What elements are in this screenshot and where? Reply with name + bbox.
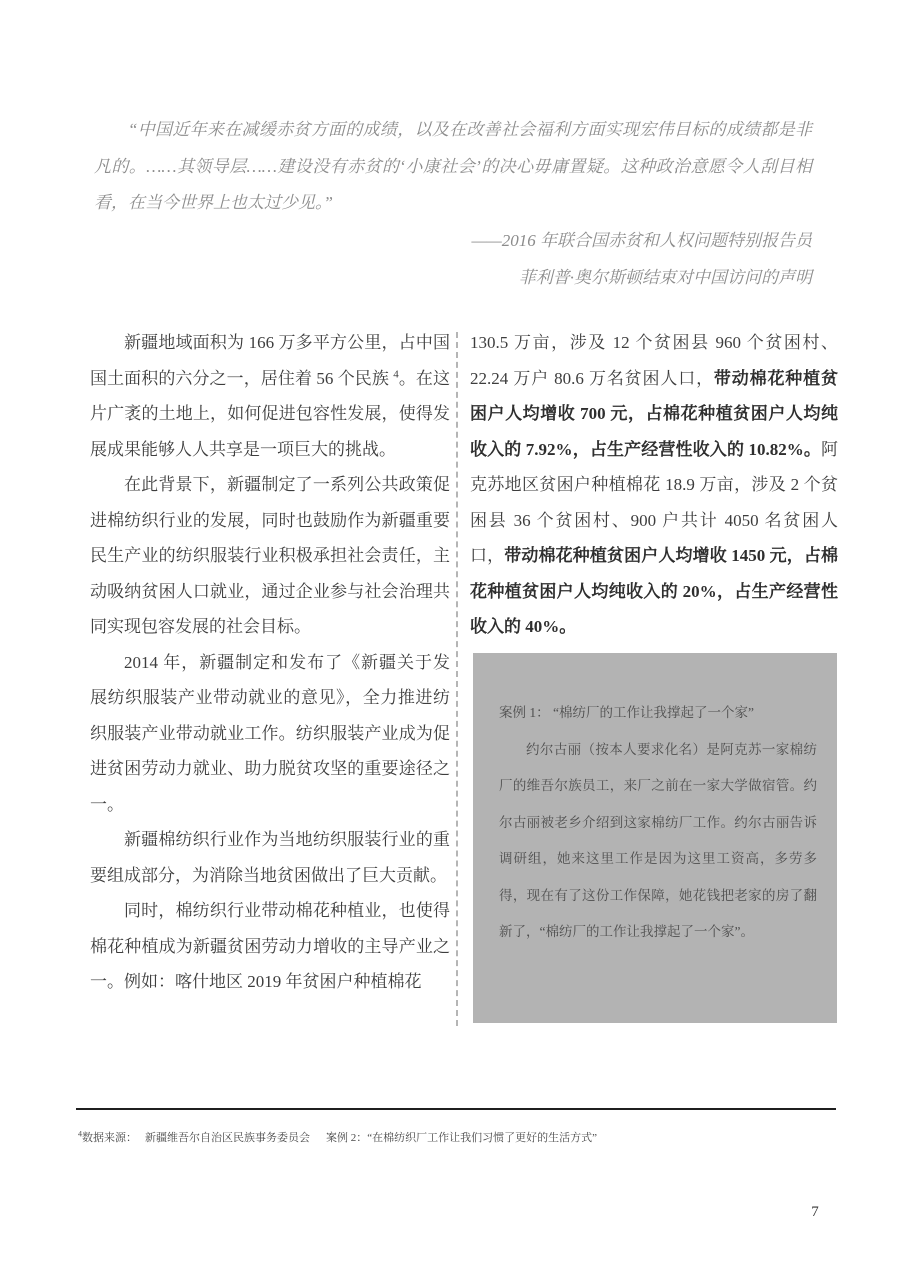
paragraph-policy-background: 在此背景下，新疆制定了一系列公共政策促进棉纺织行业的发展，同时也鼓励作为新疆重要… (90, 467, 450, 645)
case-box: 案例 1： “棉纺厂的工作让我撑起了一个家” 约尔古丽（按本人要求化名）是阿克苏… (473, 653, 837, 1023)
paragraph-cotton-planting: 同时，棉纺织行业带动棉花种植业，也使得棉花种植成为新疆贫困劳动力增收的主导产业之… (90, 893, 450, 1000)
paragraph-cotton-statistics: 130.5 万亩，涉及 12 个贫困县 960 个贫困村、22.24 万户 80… (470, 325, 838, 645)
footnote-rule (76, 1108, 836, 1110)
footnote: 4数据来源：新疆维吾尔自治区民族事务委员会案例 2：“在棉纺织厂工作让我们习惯了… (78, 1131, 823, 1143)
quote-attribution: ——2016 年联合国赤贫和人权问题特别报告员 菲利普·奥尔斯顿结束对中国访问的… (94, 222, 812, 296)
document-page: { "colors": { "case_box_bg": "#b3b3b3", … (0, 0, 900, 1272)
footnote-source-value: 新疆维吾尔自治区民族事务委员会 (145, 1132, 310, 1143)
opening-quote: “中国近年来在减缓赤贫方面的成绩，以及在改善社会福利方面实现宏伟目标的成绩都是非… (94, 112, 812, 222)
case-box-body: 约尔古丽（按本人要求化名）是阿克苏一家棉纺厂的维吾尔族员工，来厂之前在一家大学做… (499, 732, 817, 951)
quote-attribution-line1: ——2016 年联合国赤贫和人权问题特别报告员 (94, 222, 812, 259)
paragraph-xinjiang-area: 新疆地域面积为 166 万多平方公里，占中国国土面积的六分之一，居住着 56 个… (90, 325, 450, 467)
paragraph-2014-opinion: 2014 年，新疆制定和发布了《新疆关于发展纺织服装产业带动就业的意见》，全力推… (90, 645, 450, 823)
right-column: 130.5 万亩，涉及 12 个贫困县 960 个贫困村、22.24 万户 80… (470, 325, 838, 645)
footnote-source-label: 数据来源： (82, 1132, 137, 1143)
column-divider (456, 332, 458, 1026)
footnote-case2-title: “在棉纺织厂工作让我们习惯了更好的生活方式” (367, 1132, 597, 1143)
footnote-case2-label: 案例 2： (326, 1132, 367, 1143)
case-box-title: 案例 1： “棉纺厂的工作让我撑起了一个家” (499, 695, 817, 732)
paragraph-industry-role: 新疆棉纺织行业作为当地纺织服装行业的重要组成部分，为消除当地贫困做出了巨大贡献。 (90, 822, 450, 893)
left-column: 新疆地域面积为 166 万多平方公里，占中国国土面积的六分之一，居住着 56 个… (90, 325, 450, 1000)
quote-attribution-line2: 菲利普·奥尔斯顿结束对中国访问的声明 (94, 259, 812, 296)
page-number: 7 (798, 1204, 832, 1221)
